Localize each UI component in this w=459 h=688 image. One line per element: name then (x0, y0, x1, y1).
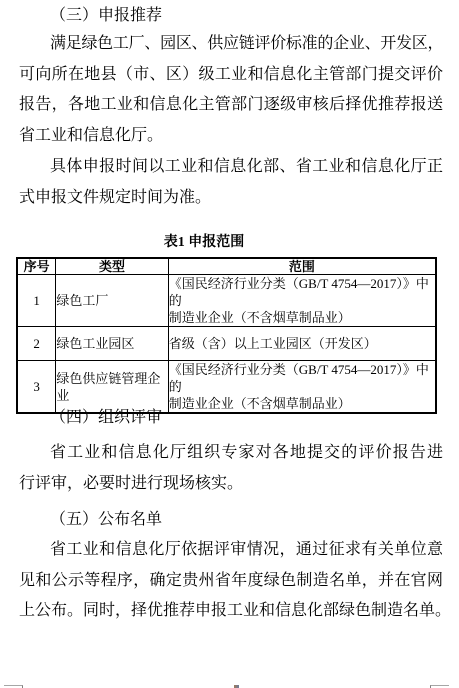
paragraph-s4: 省工业和信息化厅组织专家对各地提交的评价报告进 行评审，必要时进行现场核实。 (19, 438, 443, 499)
section-heading-4: （四）组织评审 (19, 403, 443, 434)
paragraph-line: 省工业和信息化厅。 (19, 121, 443, 152)
paragraph-s5: 省工业和信息化厅依据评审情况，通过征求有关单位意 见和公示等程序，确定贵州省年度… (19, 535, 443, 627)
table-row: 1 绿色工厂 《国民经济行业分类（GB/T 4754—2017）》中的 制造业企… (17, 275, 436, 327)
table-header-row: 序号 类型 范围 (17, 258, 436, 275)
row-scope: 省级（含）以上工业园区（开发区） (168, 327, 436, 361)
scope-line: 《国民经济行业分类（GB/T 4754—2017）》中的 (169, 275, 435, 309)
section-heading-3: （三）申报推荐 (19, 1, 443, 32)
section-heading-5: （五）公布名单 (19, 505, 443, 536)
paragraph-line: 报告，各地工业和信息化主管部门逐级审核后择优推荐报送 (19, 90, 443, 121)
paragraph-line: 省工业和信息化厅组织专家对各地提交的评价报告进 (19, 438, 443, 469)
paragraph-line: 式申报文件规定时间为准。 (19, 183, 443, 214)
paragraph-s3-2: 具体申报时间以工业和信息化部、省工业和信息化厅正 式申报文件规定时间为准。 (19, 152, 443, 213)
paragraph-line: 行评审，必要时进行现场核实。 (19, 469, 443, 500)
document-page: （三）申报推荐 满足绿色工厂、园区、供应链评价标准的企业、开发区， 可向所在地县… (0, 0, 459, 688)
paragraph-line: 见和公示等程序，确定贵州省年度绿色制造名单，并在官网 (19, 566, 443, 597)
scope-line: 《国民经济行业分类（GB/T 4754—2017）》中的 (169, 361, 435, 395)
paragraph-line: 具体申报时间以工业和信息化部、省工业和信息化厅正 (19, 152, 443, 183)
table-title: 表1 申报范围 (19, 233, 389, 253)
paragraph-line: 上公布。同时，择优推荐申报工业和信息化部绿色制造名单。 (19, 596, 443, 627)
column-header-scope: 范围 (168, 258, 436, 275)
paragraph-s3-1: 满足绿色工厂、园区、供应链评价标准的企业、开发区， 可向所在地县（市、区）级工业… (19, 29, 443, 151)
paragraph-line: 满足绿色工厂、园区、供应链评价标准的企业、开发区， (19, 29, 443, 60)
application-scope-table: 序号 类型 范围 1 绿色工厂 《国民经济行业分类（GB/T 4754—2017… (16, 257, 437, 414)
row-number: 2 (17, 327, 56, 361)
scope-line: 制造业企业（不含烟草制品业） (169, 309, 435, 326)
row-type: 绿色工业园区 (56, 327, 168, 361)
column-header-no: 序号 (17, 258, 56, 275)
row-scope: 《国民经济行业分类（GB/T 4754—2017）》中的 制造业企业（不含烟草制… (168, 275, 436, 327)
row-number: 1 (17, 275, 56, 327)
column-header-type: 类型 (56, 258, 168, 275)
row-type: 绿色工厂 (56, 275, 168, 327)
paragraph-line: 可向所在地县（市、区）级工业和信息化主管部门提交评价 (19, 60, 443, 91)
paragraph-line: 省工业和信息化厅依据评审情况，通过征求有关单位意 (19, 535, 443, 566)
table-row: 2 绿色工业园区 省级（含）以上工业园区（开发区） (17, 327, 436, 361)
